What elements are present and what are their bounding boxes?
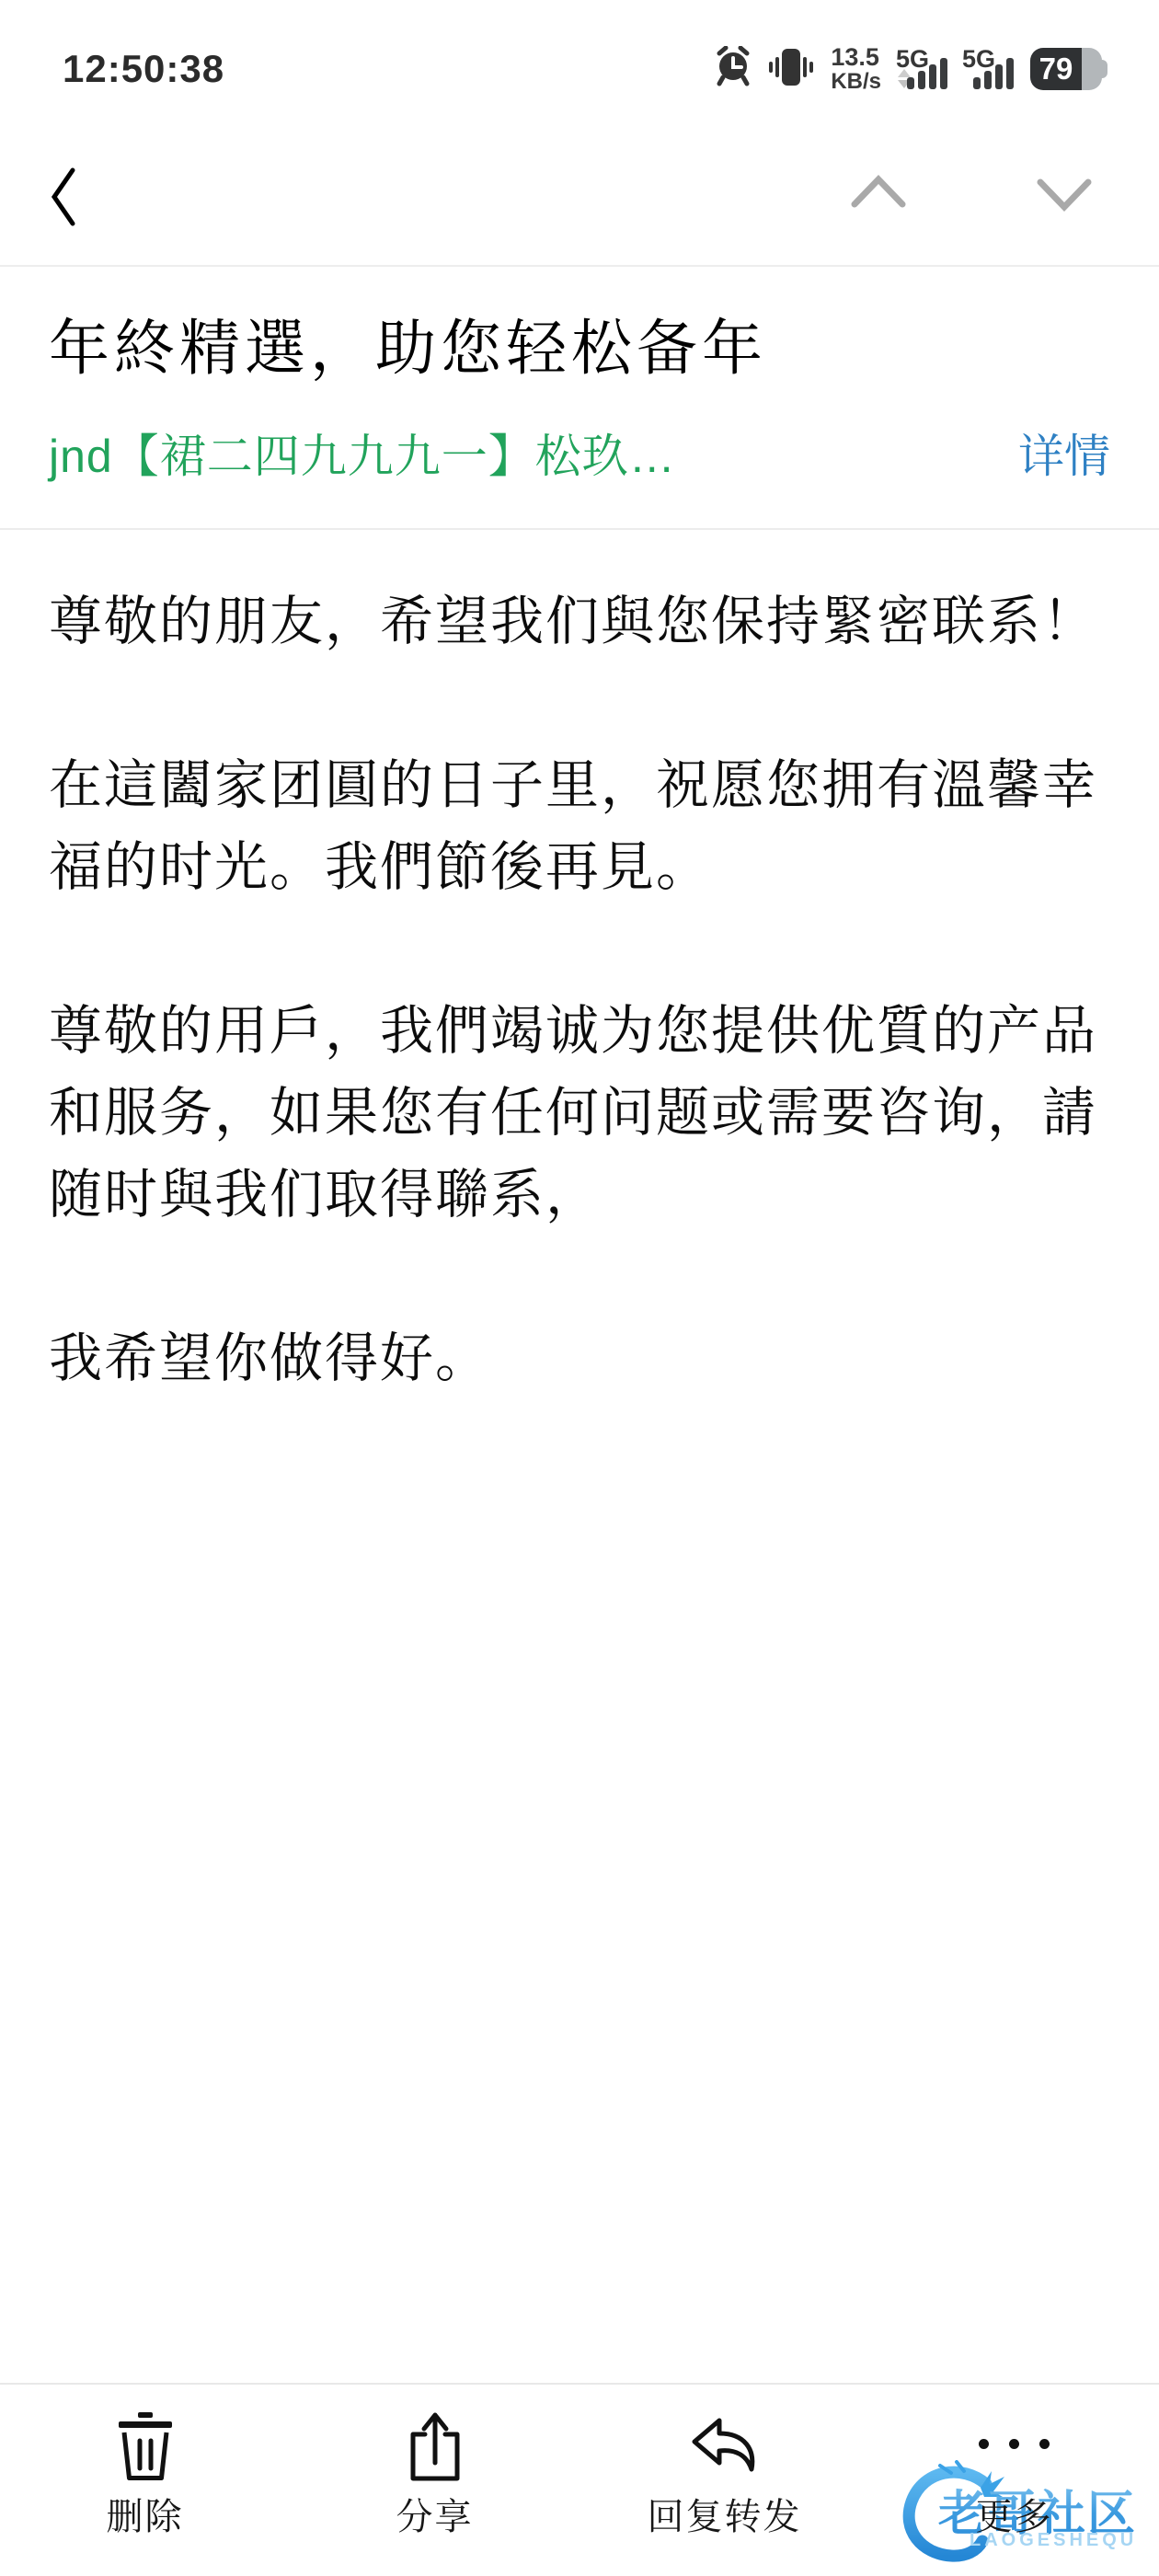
paragraph: 我希望你做得好。: [49, 1317, 1110, 1399]
battery-percent: 79: [1030, 48, 1082, 90]
chevron-down-icon: [1036, 201, 1093, 217]
paragraph: 尊敬的朋友，希望我们與您保持緊密联系！: [49, 581, 1110, 662]
sim1-signal-bars-icon: [907, 58, 947, 89]
share-button[interactable]: 分享: [290, 2385, 579, 2576]
status-bar: 12:50:38: [0, 0, 1159, 129]
body-line: 尊敬的朋友，希望我们與您保持緊密联系！: [49, 581, 1110, 662]
toolbar-label: 回复转发: [648, 2488, 802, 2540]
battery-cap: [1099, 60, 1107, 78]
sim2-signal: 5G: [962, 47, 1014, 91]
more-dots-icon: [979, 2409, 1050, 2484]
phone-screen: 12:50:38: [0, 0, 1159, 2576]
trash-icon: [116, 2409, 175, 2484]
body-line: 我希望你做得好。: [49, 1317, 1110, 1399]
bottom-toolbar: 删除 分享 回复转发 更多: [0, 2383, 1159, 2576]
status-icons: 13.5 KB/s 5G 5G 79: [715, 47, 1102, 91]
more-button[interactable]: 更多: [869, 2385, 1159, 2576]
reply-icon: [688, 2409, 762, 2484]
body-line: 尊敬的用戶，我們竭诚为您提供优質的产品: [49, 990, 1110, 1072]
previous-message-button[interactable]: [850, 173, 907, 214]
paragraph: 在這闔家团圓的日子里，祝愿您拥有溫馨幸 福的时光。我們節後再見。: [49, 744, 1110, 908]
clock-time: 12:50:38: [63, 47, 224, 91]
sim1-signal: 5G: [896, 47, 947, 91]
share-icon: [406, 2409, 465, 2484]
sender-row: jnd【裙二四九九九一】松玖… 详情: [49, 420, 1110, 486]
toolbar-label: 分享: [396, 2488, 474, 2540]
chevron-up-icon: [850, 198, 907, 213]
toolbar-label: 更多: [976, 2488, 1053, 2540]
battery-icon: 79: [1030, 48, 1102, 90]
toolbar-label: 删除: [107, 2488, 184, 2540]
back-button[interactable]: [48, 162, 85, 236]
paragraph: 尊敬的用戶，我們竭诚为您提供优質的产品 和服务，如果您有任何问题或需要咨询，請 …: [49, 990, 1110, 1236]
body-line: 随时與我们取得聯系，: [49, 1154, 1110, 1236]
network-speed-unit: KB/s: [831, 71, 881, 93]
chevron-left-icon: [48, 167, 77, 232]
delete-button[interactable]: 删除: [0, 2385, 290, 2576]
vibrate-icon: [766, 46, 816, 93]
sim2-signal-bars-icon: [973, 58, 1014, 89]
network-speed: 13.5 KB/s: [831, 45, 881, 93]
body-line: 和服务，如果您有任何问题或需要咨询，請: [49, 1072, 1110, 1154]
message-view: 年終精選，助您轻松备年 jnd【裙二四九九九一】松玖… 详情 尊敬的朋友，希望我…: [0, 269, 1159, 1481]
network-speed-value: 13.5: [831, 45, 881, 71]
nav-bar: [0, 129, 1159, 267]
details-link[interactable]: 详情: [1018, 420, 1110, 486]
message-subject: 年終精選，助您轻松备年: [49, 311, 1110, 385]
next-message-button[interactable]: [1036, 177, 1093, 218]
body-line: 福的时光。我們節後再見。: [49, 826, 1110, 908]
message-body: 尊敬的朋友，希望我们與您保持緊密联系！ 在這闔家团圓的日子里，祝愿您拥有溫馨幸 …: [0, 530, 1159, 1399]
reply-forward-button[interactable]: 回复转发: [579, 2385, 869, 2576]
body-line: 在這闔家团圓的日子里，祝愿您拥有溫馨幸: [49, 744, 1110, 826]
alarm-icon: [715, 46, 752, 93]
sender-name: jnd【裙二四九九九一】松玖…: [49, 420, 676, 486]
